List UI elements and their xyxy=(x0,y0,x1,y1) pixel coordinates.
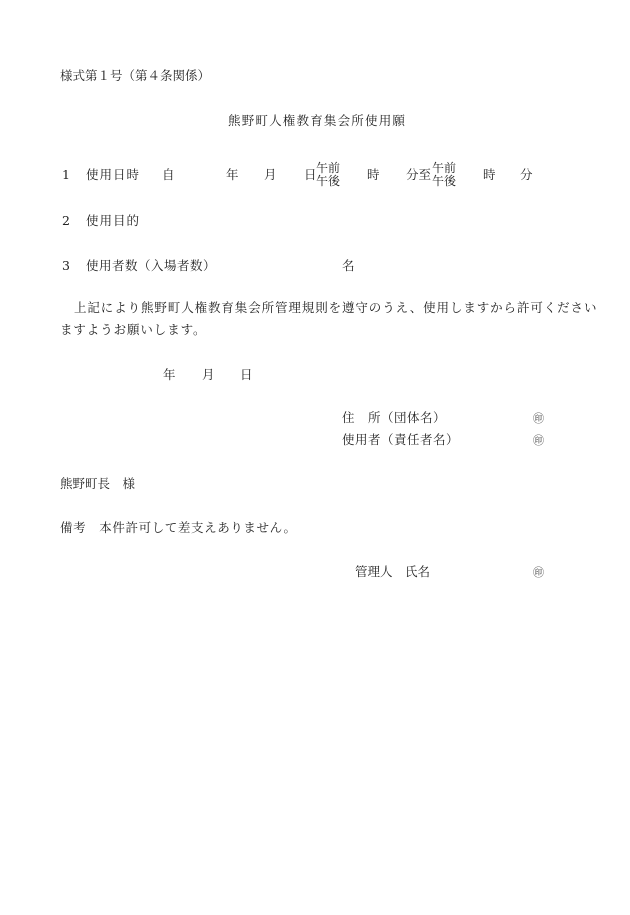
item1-year: 年 xyxy=(226,169,239,182)
item1-ampm-start: 午前 午後 xyxy=(316,162,340,187)
item1-ampm-end: 午前 午後 xyxy=(432,162,456,187)
address-label: 住 所（団体名） xyxy=(342,412,446,425)
am-label: 午前 xyxy=(432,162,456,175)
item1-hour: 時 xyxy=(367,169,380,182)
seal-icon: ㊞ xyxy=(533,567,544,578)
item1-minute-to: 分至 xyxy=(406,169,431,182)
manager-label: 管理人 氏名 xyxy=(355,566,430,579)
item1-minute-end: 分 xyxy=(520,169,533,182)
item3-unit: 名 xyxy=(342,260,355,273)
pm-label: 午後 xyxy=(316,175,340,188)
item1-month: 月 xyxy=(264,169,277,182)
seal-icon: ㊞ xyxy=(533,413,544,424)
body-line-2: ますようお願いします。 xyxy=(60,324,206,337)
item3-label: 使用者数（入場者数） xyxy=(86,260,216,273)
date-month: 月 xyxy=(202,369,215,382)
pm-label: 午後 xyxy=(432,175,456,188)
item2-label: 使用目的 xyxy=(86,215,140,228)
date-day: 日 xyxy=(240,369,253,382)
seal-icon: ㊞ xyxy=(533,435,544,446)
item1-number: 1 xyxy=(62,169,70,182)
item3-number: 3 xyxy=(62,260,70,273)
page-title: 熊野町人権教育集会所使用願 xyxy=(228,115,406,128)
item1-label: 使用日時 xyxy=(86,169,140,182)
item1-hour-end: 時 xyxy=(483,169,496,182)
item1-from: 自 xyxy=(162,169,175,182)
date-year: 年 xyxy=(163,369,176,382)
user-label: 使用者（責任者名） xyxy=(342,434,459,447)
item2-number: 2 xyxy=(62,215,70,228)
am-label: 午前 xyxy=(316,162,340,175)
form-label: 様式第１号（第４条関係） xyxy=(60,70,210,83)
addressee: 熊野町長 様 xyxy=(60,478,135,491)
remarks: 備考 本件許可して差支えありません。 xyxy=(60,522,297,535)
body-line-1: 上記により熊野町人権教育集会所管理規則を遵守のうえ、使用しますから許可ください xyxy=(74,302,597,315)
item1-day: 日 xyxy=(304,169,317,182)
